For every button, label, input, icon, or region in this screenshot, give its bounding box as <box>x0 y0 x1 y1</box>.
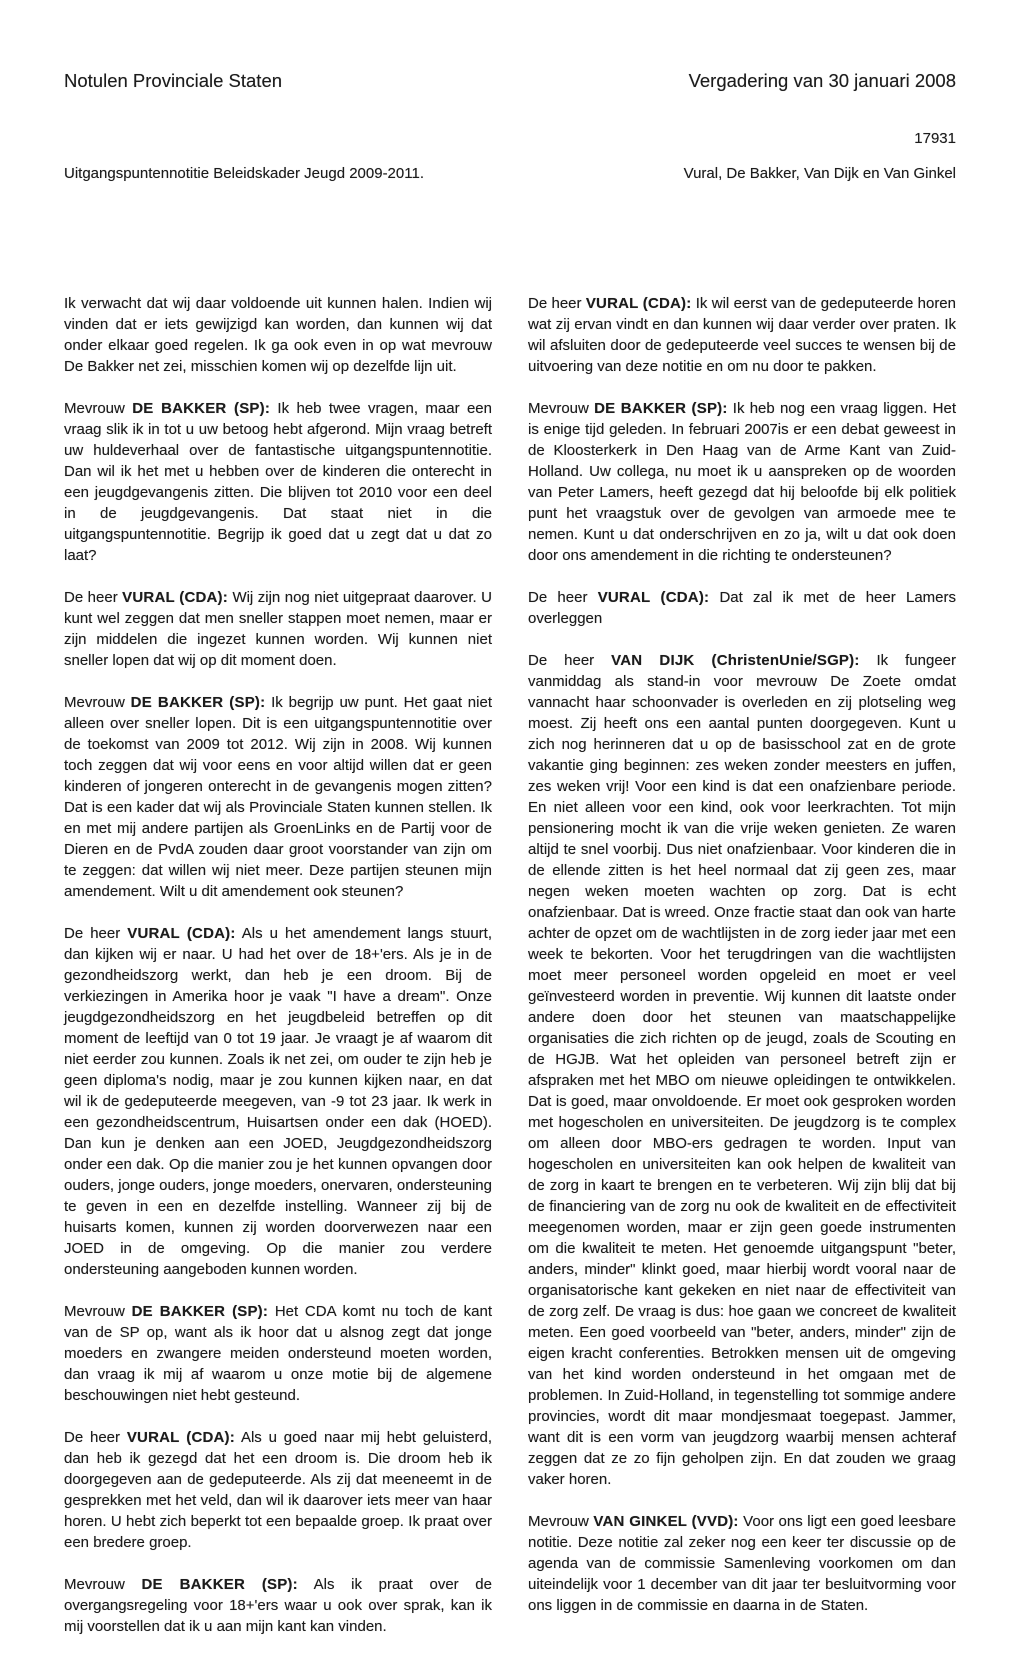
speaker-name: VURAL (CDA): <box>127 925 235 942</box>
speaker-name: VAN GINKEL (VVD): <box>593 1513 738 1530</box>
speech-paragraph: Mevrouw DE BAKKER (SP): Ik begrijp uw pu… <box>64 692 492 902</box>
meeting-date: Vergadering van 30 januari 2008 <box>689 70 956 92</box>
speaker-name: DE BAKKER (SP): <box>131 694 266 711</box>
title-row: Notulen Provinciale Staten Vergadering v… <box>64 70 956 92</box>
speaker-name: VURAL (CDA): <box>122 589 228 606</box>
speaker-name: DE BAKKER (SP): <box>142 1576 298 1593</box>
speech-paragraph: De heer VURAL (CDA): Dat zal ik met de h… <box>528 587 956 629</box>
speech-paragraph: Mevrouw VAN GINKEL (VVD): Voor ons ligt … <box>528 1511 956 1616</box>
speech-paragraph: De heer VURAL (CDA): Als u het amendemen… <box>64 923 492 1280</box>
speaker-name: DE BAKKER (SP): <box>132 400 270 417</box>
speech-paragraph: Ik verwacht dat wij daar voldoende uit k… <box>64 293 492 377</box>
left-column: Ik verwacht dat wij daar voldoende uit k… <box>64 293 492 1658</box>
document-header: Notulen Provinciale Staten Vergadering v… <box>64 70 956 184</box>
document-page: Notulen Provinciale Staten Vergadering v… <box>0 0 1024 1444</box>
speech-paragraph: Mevrouw DE BAKKER (SP): Ik heb twee vrag… <box>64 398 492 566</box>
agenda-subject: Uitgangspuntennotitie Beleidskader Jeugd… <box>64 163 424 184</box>
speaker-name: DE BAKKER (SP): <box>594 400 727 417</box>
speech-paragraph: De heer VURAL (CDA): Als u goed naar mij… <box>64 1427 492 1553</box>
speaker-name: VAN DIJK (ChristenUnie/SGP): <box>611 652 859 669</box>
speaker-name: VURAL (CDA): <box>598 589 710 606</box>
document-title: Notulen Provinciale Staten <box>64 70 282 92</box>
speech-paragraph: De heer VURAL (CDA): Ik wil eerst van de… <box>528 293 956 377</box>
speech-paragraph: Mevrouw DE BAKKER (SP): Als ik praat ove… <box>64 1574 492 1637</box>
speech-paragraph: Mevrouw DE BAKKER (SP): Ik heb nog een v… <box>528 398 956 566</box>
right-column: De heer VURAL (CDA): Ik wil eerst van de… <box>528 293 956 1658</box>
speech-paragraph: De heer VURAL (CDA): Wij zijn nog niet u… <box>64 587 492 671</box>
document-number: 17931 <box>64 128 956 149</box>
speech-paragraph: Mevrouw DE BAKKER (SP): Het CDA komt nu … <box>64 1301 492 1406</box>
speaker-list: Vural, De Bakker, Van Dijk en Van Ginkel <box>684 163 956 184</box>
speech-paragraph: De heer VAN DIJK (ChristenUnie/SGP): Ik … <box>528 650 956 1490</box>
subject-row: Uitgangspuntennotitie Beleidskader Jeugd… <box>64 163 956 184</box>
speaker-name: VURAL (CDA): <box>127 1429 235 1446</box>
speaker-name: VURAL (CDA): <box>586 295 692 312</box>
transcript-body: Ik verwacht dat wij daar voldoende uit k… <box>64 293 956 1658</box>
speaker-name: DE BAKKER (SP): <box>132 1303 268 1320</box>
